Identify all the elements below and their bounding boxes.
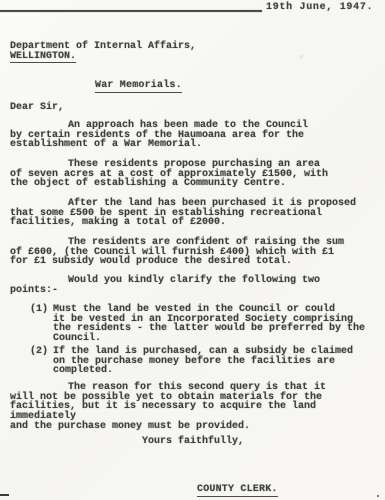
recipient-line-2: WELLINGTON.: [10, 52, 76, 64]
paragraph-approach: An approach has been made to the Council…: [10, 121, 380, 150]
signature-county-clerk: COUNTY CLERK.: [197, 485, 278, 497]
letter-page: 19th June, 1947. Department of Internal …: [0, 0, 385, 500]
top-rule-scan-line: [0, 10, 262, 12]
closing: Yours faithfully,: [142, 437, 244, 447]
scan-artifact-dash: [0, 494, 9, 496]
subject-heading: War Memorials.: [95, 81, 182, 93]
paragraph-reason: The reason for this second query is that…: [10, 383, 380, 432]
paragraph-fundraising: The residents are confident of raising t…: [10, 238, 380, 267]
recipient-address: Department of Internal Affairs, WELLINGT…: [10, 42, 196, 63]
point-2-text: If the land is purchased, can a subsidy …: [53, 347, 385, 376]
paragraph-recreational-facilities: After the land has been purchased it is …: [10, 199, 380, 228]
point-2-number: (2): [30, 347, 54, 357]
point-1-text: Must the land be vested in the Council o…: [53, 305, 385, 344]
paragraph-clarify-request: Would you kindly clarify the following t…: [10, 276, 380, 295]
scan-artifact-dot: [377, 495, 379, 497]
point-1-number: (1): [30, 305, 54, 315]
scan-smudge: [300, 55, 303, 58]
salutation: Dear Sir,: [10, 103, 64, 113]
letter-date: 19th June, 1947.: [266, 3, 373, 13]
paragraph-purchase-proposal: These residents propose purchasing an ar…: [10, 160, 380, 189]
